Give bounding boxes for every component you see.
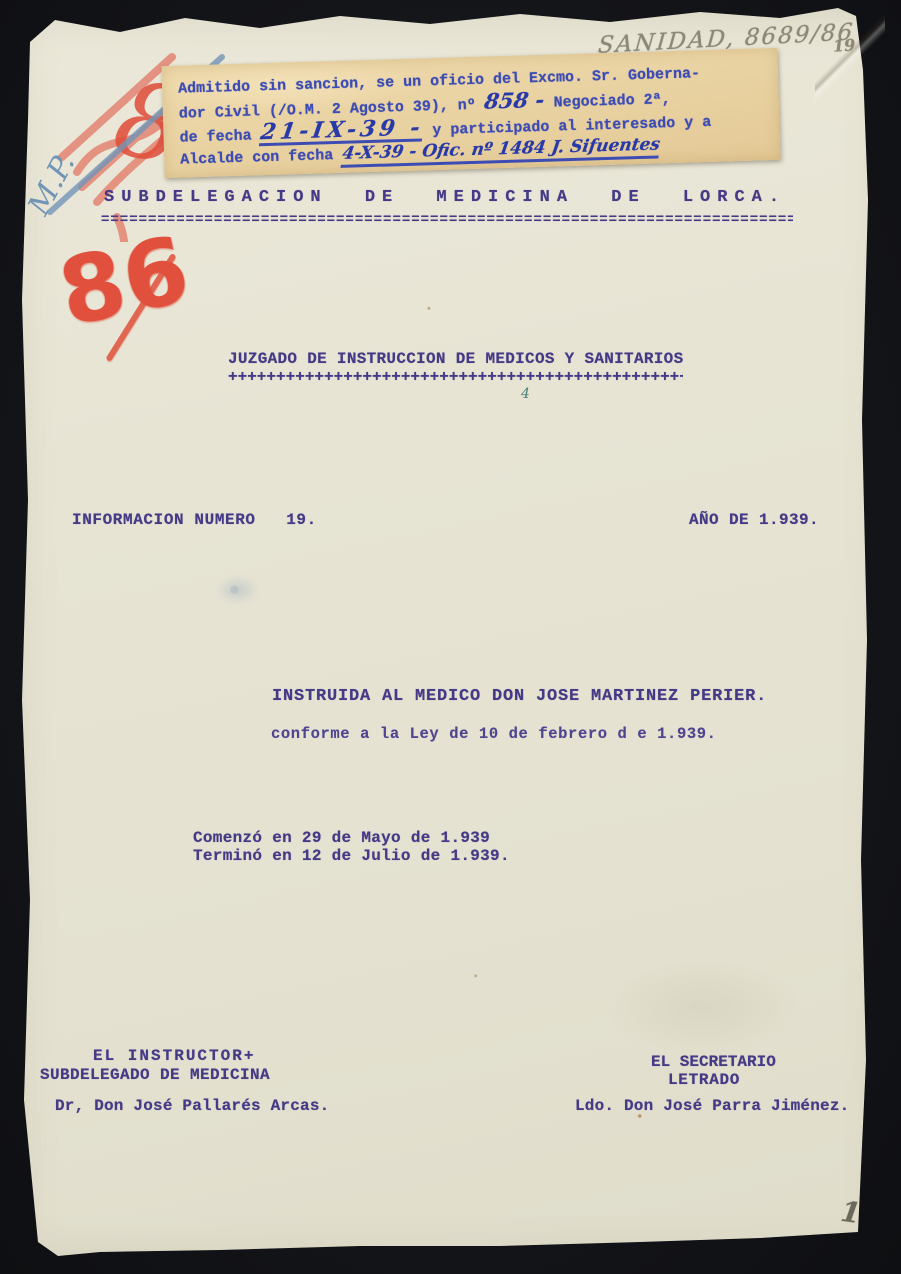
letterhead-title: SUBDELEGACION DE MEDICINA DE LORCA. [104, 188, 786, 207]
court-title-underline: ++++++++++++++++++++++++++++++++++++++++… [228, 368, 683, 386]
admission-stamp-slip: Admitido sin sancion, se un oficio del E… [161, 48, 780, 178]
start-date-line: Comenzó en 29 de Mayo de 1.939 [193, 829, 490, 847]
stray-ink-mark: 4 [521, 386, 530, 402]
instructor-role-line2: SUBDELEGADO DE MEDICINA [40, 1066, 270, 1084]
bottom-folio-pencil: 1 [839, 1195, 863, 1230]
subject-line: INSTRUIDA AL MEDICO DON JOSE MARTINEZ PE… [272, 687, 767, 706]
secretary-role-line1: EL SECRETARIO [651, 1053, 776, 1071]
court-title: JUZGADO DE INSTRUCCION DE MEDICOS Y SANI… [228, 350, 683, 368]
stamp-line-2-post: Negociado 2ª, [544, 91, 670, 112]
end-date-line: Terminó en 12 de Julio de 1.939. [193, 847, 510, 865]
stamp-line-4-pre: Alcalde con fecha [180, 147, 342, 169]
secretary-name: Ldo. Don José Parra Jiménez. [575, 1097, 849, 1115]
scanned-document: SANIDAD, 8689/86 19 88 M.P. Admitido sin… [0, 0, 901, 1274]
letterhead-underline: ========================================… [101, 212, 793, 228]
stamp-line-3-pre: de fecha [179, 127, 260, 146]
mp-annotation: M.P. [22, 148, 82, 222]
instructor-role-line1: EL INSTRUCTOR+ [93, 1047, 255, 1065]
secretary-role-line2: LETRADO [668, 1071, 740, 1089]
case-year: AÑO DE 1.939. [689, 511, 819, 529]
stamp-line-2-handwritten: 858 - [483, 89, 546, 112]
folio-number-pencil: 19 [832, 35, 856, 56]
ink-smudge [215, 575, 260, 605]
case-number-line: INFORMACION NUMERO 19. [72, 511, 317, 529]
law-reference-line: conforme a la Ley de 10 de febrero d e 1… [271, 725, 717, 743]
instructor-name: Dr, Don José Pallarés Arcas. [55, 1097, 329, 1115]
